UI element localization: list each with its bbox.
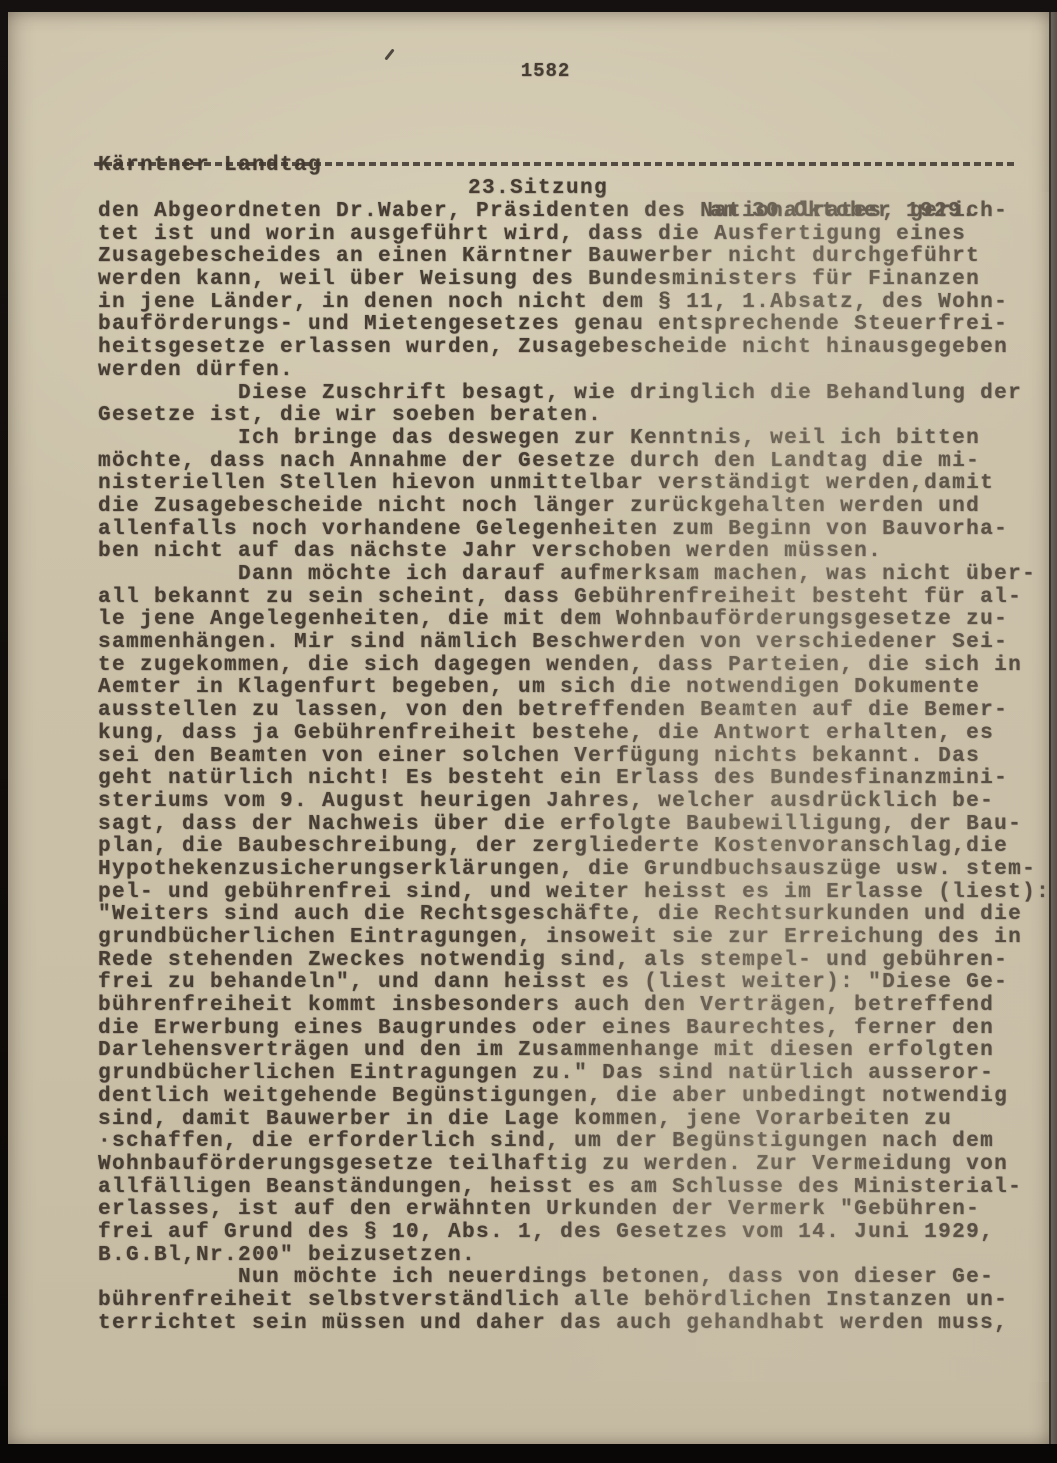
document-header: Kärntner Landtag 23.Sitzung am 30.Oktobe… <box>98 131 1028 155</box>
text-line: die Zusagebescheide nicht noch länger zu… <box>98 496 1033 519</box>
text-line: nisteriellen Stellen hievon unmittelbar … <box>98 473 1033 496</box>
text-line: bührenfreiheit kommt insbesonders auch d… <box>98 995 1033 1018</box>
text-line: te zugekommen, die sich dagegen wenden, … <box>98 655 1033 678</box>
text-line: sei den Beamten von einer solchen Verfüg… <box>98 746 1033 769</box>
text-line: Dann möchte ich darauf aufmerksam machen… <box>98 564 1033 587</box>
page-edge-shadow <box>1049 12 1057 1444</box>
text-line: Nun möchte ich neuerdings betonen, dass … <box>98 1267 1033 1290</box>
page-number: 1582 <box>25 60 1057 82</box>
text-line: werden kann, weil über Weisung des Bunde… <box>98 269 1033 292</box>
text-line: Aemter in Klagenfurt begeben, um sich di… <box>98 677 1033 700</box>
text-line: frei zu behandeln", und dann heisst es (… <box>98 972 1033 995</box>
text-line: pel- und gebührenfrei sind, und weiter h… <box>98 882 1033 905</box>
body-text: den Abgeordneten Dr.Waber, Präsidenten d… <box>98 201 1033 1335</box>
text-line: erlasses, ist auf den erwähnten Urkunden… <box>98 1199 1033 1222</box>
text-line: Gesetze ist, die wir soeben beraten. <box>98 405 1033 428</box>
text-line: ben nicht auf das nächste Jahr verschobe… <box>98 541 1033 564</box>
header-session-number: 23.Sitzung <box>468 177 608 200</box>
text-line: werden dürfen. <box>98 360 1033 383</box>
text-line: "Weiters sind auch die Rechtsgeschäfte, … <box>98 904 1033 927</box>
text-line: Ich bringe das deswegen zur Kenntnis, we… <box>98 428 1033 451</box>
text-line: Rede stehenden Zweckes notwendig sind, a… <box>98 950 1033 973</box>
text-line: Darlehensverträgen und den im Zusammenha… <box>98 1040 1033 1063</box>
text-line: allenfalls noch vorhandene Gelegenheiten… <box>98 519 1033 542</box>
text-line: grundbücherlichen Eintragungen zu." Das … <box>98 1063 1033 1086</box>
text-line: sagt, dass der Nachweis über die erfolgt… <box>98 814 1033 837</box>
text-line: ausstellen zu lassen, von den betreffend… <box>98 700 1033 723</box>
text-line: Hypothekenzusicherungserklärungen, die G… <box>98 859 1033 882</box>
text-line: all bekannt zu sein scheint, dass Gebühr… <box>98 587 1033 610</box>
text-line: geht natürlich nicht! Es besteht ein Erl… <box>98 768 1033 791</box>
text-line: Diese Zuschrift besagt, wie dringlich di… <box>98 383 1033 406</box>
text-line: Zusagebescheides an einen Kärntner Bauwe… <box>98 246 1033 269</box>
document-page: 1582 Kärntner Landtag 23.Sitzung am 30.O… <box>8 12 1049 1444</box>
text-line: tet ist und worin ausgeführt wird, dass … <box>98 224 1033 247</box>
text-line: ·schaffen, die erforderlich sind, um der… <box>98 1131 1033 1154</box>
text-line: grundbücherlichen Eintragungen, insoweit… <box>98 927 1033 950</box>
text-line: kung, dass ja Gebührenfreiheit bestehe, … <box>98 723 1033 746</box>
text-line: frei auf Grund des § 10, Abs. 1, des Ges… <box>98 1222 1033 1245</box>
text-line: den Abgeordneten Dr.Waber, Präsidenten d… <box>98 201 1033 224</box>
text-line: Wohnbauförderungsgesetze teilhaftig zu w… <box>98 1154 1033 1177</box>
text-line: terrichtet sein müssen und daher das auc… <box>98 1313 1033 1336</box>
text-line: in jene Länder, in denen noch nicht dem … <box>98 292 1033 315</box>
text-line: plan, die Baubeschreibung, der zergliede… <box>98 836 1033 859</box>
text-line: die Erwerbung eines Baugrundes oder eine… <box>98 1018 1033 1041</box>
scan-background: 1582 Kärntner Landtag 23.Sitzung am 30.O… <box>0 0 1057 1463</box>
text-line: sammenhängen. Mir sind nämlich Beschwerd… <box>98 632 1033 655</box>
text-line: steriums vom 9. August heurigen Jahres, … <box>98 791 1033 814</box>
separator-line <box>94 162 1016 166</box>
text-line: bührenfreiheit selbstverständlich alle b… <box>98 1290 1033 1313</box>
text-line: möchte, dass nach Annahme der Gesetze du… <box>98 451 1033 474</box>
ink-mark <box>384 48 394 60</box>
text-line: B.G.Bl,Nr.200" beizusetzen. <box>98 1245 1033 1268</box>
text-line: bauförderungs- und Mietengesetzes genau … <box>98 314 1033 337</box>
text-line: heitsgesetze erlassen wurden, Zusagebesc… <box>98 337 1033 360</box>
text-line: sind, damit Bauwerber in die Lage kommen… <box>98 1109 1033 1132</box>
text-line: dentlich weitgehende Begünstigungen, die… <box>98 1086 1033 1109</box>
text-line: allfälligen Beanständungen, heisst es am… <box>98 1177 1033 1200</box>
text-line: le jene Angelegenheiten, die mit dem Woh… <box>98 609 1033 632</box>
